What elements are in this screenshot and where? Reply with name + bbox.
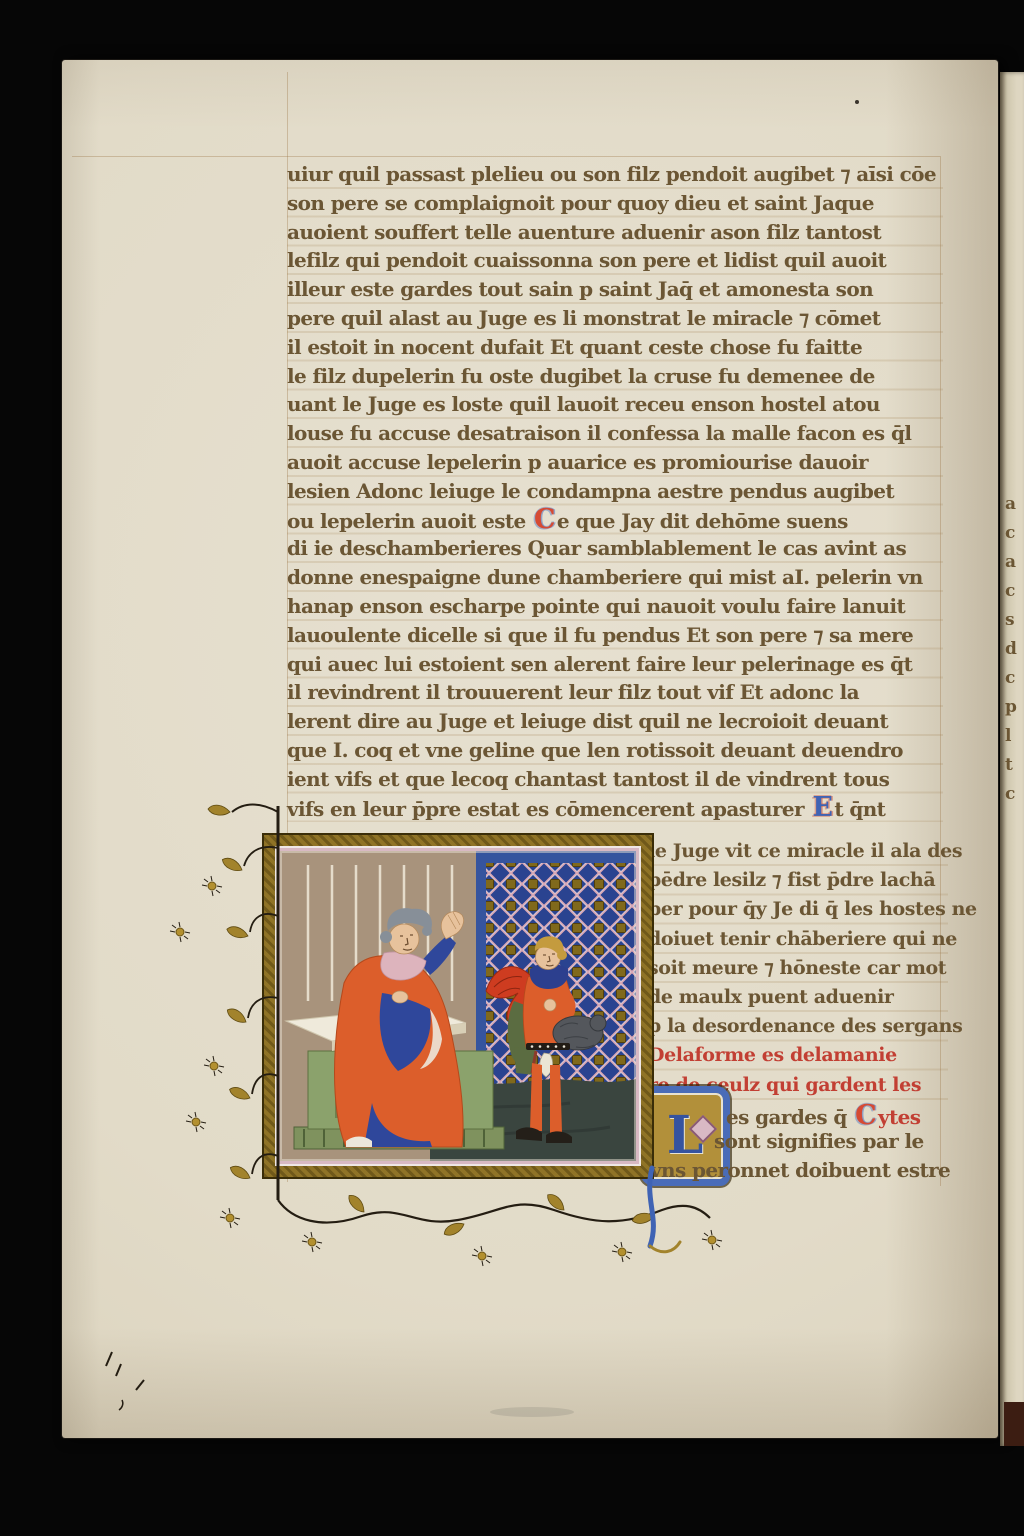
- right-text-column: le Juge vit ce miracle il ala des pēdre …: [648, 837, 948, 1100]
- edge-letter: t: [1005, 751, 1016, 780]
- decorated-initial-c: C: [853, 1100, 878, 1131]
- text-line: ber pour q̄y Je di q̄ les hostes ne: [648, 895, 948, 924]
- next-page-edge-letters: a c a c s d c p l t c: [1005, 490, 1016, 809]
- text-line: de maulx puent aduenir: [648, 983, 948, 1012]
- text-span: ou lepelerin auoit este: [287, 509, 532, 533]
- text-line: di ie deschamberieres Quar samblablement…: [287, 534, 943, 563]
- text-line: lerent dire au Juge et leiuge dist quil …: [287, 707, 943, 736]
- text-line: son pere se complaignoit pour quoy dieu …: [287, 189, 943, 218]
- text-line: illeur este gardes tout sain p saint Jaq…: [287, 275, 943, 304]
- text-span: t q̄nt: [834, 797, 885, 821]
- text-line: pere quil alast au Juge es li monstrat l…: [287, 304, 943, 333]
- edge-letter: d: [1005, 635, 1016, 664]
- text-line: uiur quil passast plelieu ou son filz pe…: [287, 160, 943, 189]
- text-line: qui auec lui estoient sen alerent faire …: [287, 650, 943, 679]
- miniature-frame: [264, 835, 652, 1177]
- text-line: le filz dupelerin fu oste dugibet la cru…: [287, 362, 943, 391]
- text-line: lefilz qui pendoit cuaissonna son pere e…: [287, 246, 943, 275]
- text-line: vifs en leur p̄pre estat es cōmencerent …: [287, 794, 943, 823]
- text-line: doiuet tenir chāberiere qui ne: [648, 925, 948, 954]
- main-text-block: uiur quil passast plelieu ou son filz pe…: [287, 160, 943, 822]
- text-span: vifs en leur p̄pre estat es cōmencerent …: [287, 797, 810, 821]
- text-line: soit meure ⁊ hōneste car mot: [648, 954, 948, 983]
- text-line: vns peronnet doibuent estre: [650, 1158, 950, 1182]
- text-line: auoient souffert telle auenture aduenir …: [287, 218, 943, 247]
- edge-letter: a: [1005, 490, 1016, 519]
- text-line: ou lepelerin auoit este Ce que Jay dit d…: [287, 506, 943, 535]
- text-line: lauoulente dicelle si que il fu pendus E…: [287, 621, 943, 650]
- book-spine-edge: [1004, 1402, 1024, 1446]
- text-span: ytes: [878, 1105, 920, 1129]
- text-line: sont signifies par le: [714, 1129, 924, 1153]
- text-line: hanap enson escharpe pointe qui nauoit v…: [287, 592, 943, 621]
- text-line: uant le Juge es loste quil lauoit receu …: [287, 390, 943, 419]
- text-line: louse fu accuse desatraison il confessa …: [287, 419, 943, 448]
- initial-letter: L: [667, 1110, 704, 1162]
- edge-letter: c: [1005, 577, 1016, 606]
- text-line: ient vifs et que lecoq chantast tantost …: [287, 765, 943, 794]
- text-span: e que Jay dit dehōme suens: [557, 509, 848, 533]
- decorated-initial-c: C: [532, 504, 557, 535]
- text-line: le Juge vit ce miracle il ala des: [648, 837, 948, 866]
- edge-letter: l: [1005, 722, 1016, 751]
- ruling-line: [72, 156, 940, 157]
- text-line: p la desordenance des sergans: [648, 1012, 948, 1041]
- manuscript-page: uiur quil passast plelieu ou son filz pe…: [62, 60, 998, 1438]
- edge-letter: c: [1005, 664, 1016, 693]
- next-page-edge: a c a c s d c p l t c: [1000, 72, 1024, 1446]
- edge-letter: s: [1005, 606, 1016, 635]
- decorated-initial-e: E: [810, 792, 834, 823]
- rubric-line: Delaforme es delamanie: [648, 1041, 948, 1070]
- text-line: pēdre lesilz ⁊ fist p̄dre lachā: [648, 866, 948, 895]
- text-line: donne enespaigne dune chamberiere qui mi…: [287, 563, 943, 592]
- miniature-illustration: [280, 851, 636, 1161]
- edge-letter: p: [1005, 693, 1016, 722]
- text-line: que I. coq et vne geline que len rotisso…: [287, 736, 943, 765]
- photograph-stage: uiur quil passast plelieu ou son filz pe…: [0, 0, 1024, 1536]
- edge-letter: a: [1005, 548, 1016, 577]
- text-line: es gardes q̄ Cytes: [726, 1100, 920, 1131]
- text-line: lesien Adonc leiuge le condampna aestre …: [287, 477, 943, 506]
- edge-letter: c: [1005, 780, 1016, 809]
- miniature-scene: [280, 851, 636, 1161]
- text-line: auoit accuse lepelerin p auarice es prom…: [287, 448, 943, 477]
- edge-letter: c: [1005, 519, 1016, 548]
- miniature-inner-border: [275, 846, 641, 1166]
- text-line: il estoit in nocent dufait Et quant cest…: [287, 333, 943, 362]
- text-span: es gardes q̄: [726, 1105, 853, 1129]
- text-line: il revindrent il trouuerent leur filz to…: [287, 678, 943, 707]
